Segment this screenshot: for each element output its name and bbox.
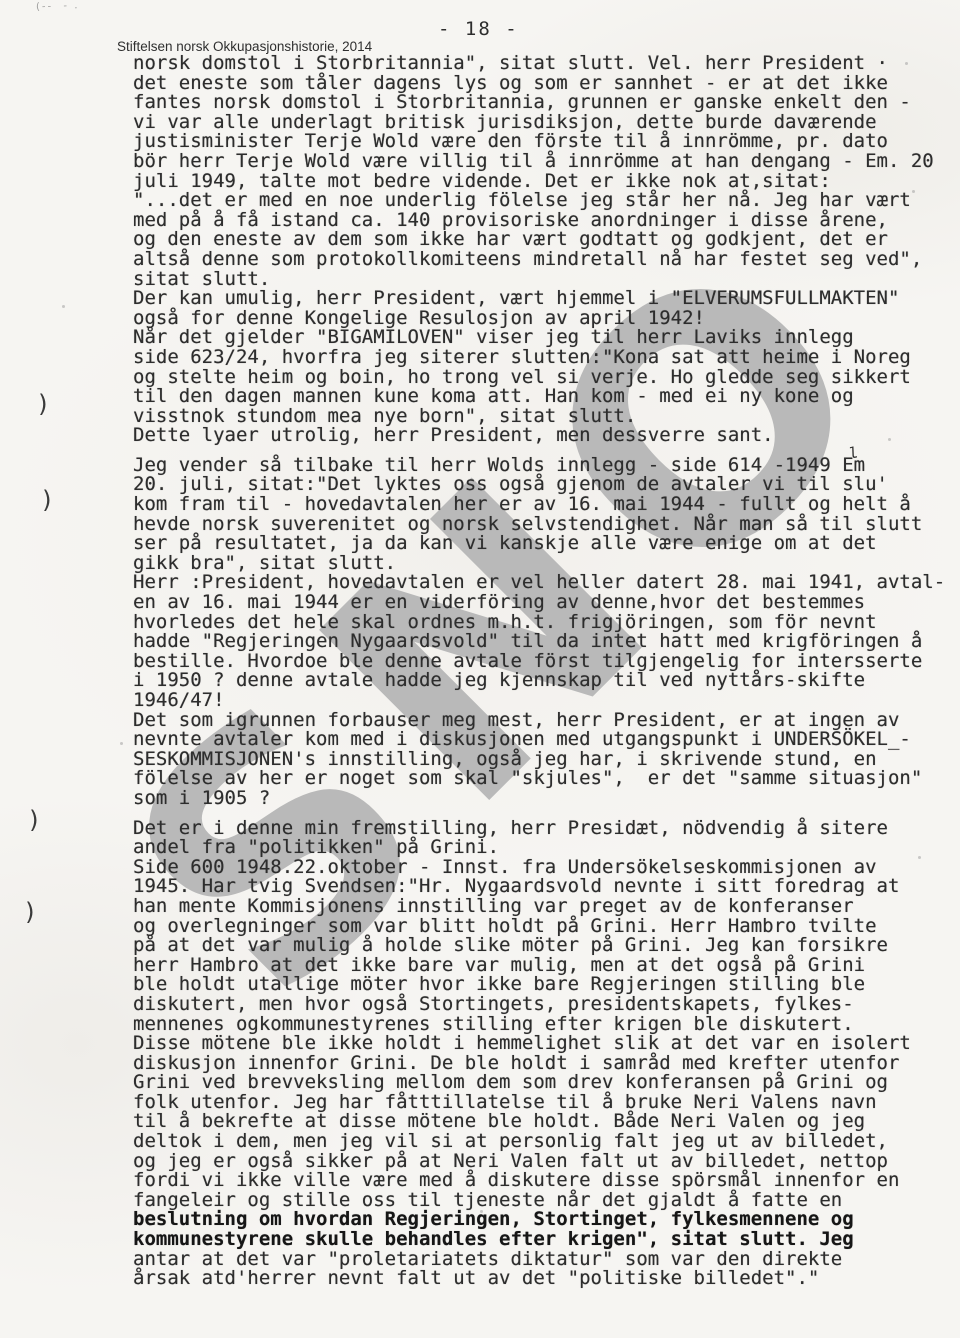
margin-paren-mark: ) bbox=[23, 900, 37, 924]
text-line: Når det gjelder "BIGAMILOVEN" viser jeg … bbox=[133, 328, 960, 348]
scanned-document-page: SNO (-- - . - 18 - Stiftelsen norsk Okku… bbox=[0, 0, 960, 1338]
text-line: "...det er med en noe underlig fölelse j… bbox=[133, 191, 960, 211]
archive-stamp-label: Stiftelsen norsk Okkupasjonshistorie, 20… bbox=[117, 39, 372, 54]
text-line: Der kan umulig, herr President, vært hje… bbox=[133, 289, 960, 309]
text-line: hadde "Regjeringen Nygaardsvold" til da … bbox=[133, 632, 960, 652]
text-line: Grini ved brevveksling mellom dem som dr… bbox=[133, 1073, 960, 1093]
text-line: ser på resultatet, ja da kan vi kanskje … bbox=[133, 534, 960, 554]
text-line: 1946/47! bbox=[133, 691, 960, 711]
text-line: en av 16. mai 1944 er en viderföring av … bbox=[133, 593, 960, 613]
text-line: fordi vi ikke ville være med å diskutere… bbox=[133, 1171, 960, 1191]
text-line: i 1950 ? denne avtale hadde jeg kjennska… bbox=[133, 671, 960, 691]
text-line: kommunestyrene skulle behandles efter kr… bbox=[133, 1230, 960, 1250]
text-line: som i 1905 ? bbox=[133, 789, 960, 809]
text-line: bör herr Terje Wold være villig til å in… bbox=[133, 152, 960, 172]
pencil-scribble-mark: (-- - . bbox=[36, 0, 80, 13]
text-line: på at det var mulig å holde slike möter … bbox=[133, 936, 960, 956]
text-line: norsk domstol i Storbritannia", sitat sl… bbox=[133, 54, 960, 74]
text-line: diskutert, men hvor også Stortingets, pr… bbox=[133, 995, 960, 1015]
text-line: ble holdt utallige möter hvor ikke bare … bbox=[133, 975, 960, 995]
page-number: - 18 - bbox=[438, 18, 519, 40]
paper-speck bbox=[62, 305, 65, 308]
text-line: kom fram til - hovedavtalen her er av 16… bbox=[133, 495, 960, 515]
text-line: fantes norsk domstol i Storbritannia, gr… bbox=[133, 93, 960, 113]
document-body: norsk domstol i Storbritannia", sitat sl… bbox=[133, 54, 960, 1289]
text-line: Disse mötene ble ikke holdt i hemmelighe… bbox=[133, 1034, 960, 1054]
margin-paren-mark: ) bbox=[27, 808, 41, 832]
text-line: Dette lyaer utrolig, herr President, men… bbox=[133, 426, 960, 446]
text-line: nevnte avtaler kom med i diskusjonen med… bbox=[133, 730, 960, 750]
text-line: og den eneste av dem som ikke har vært g… bbox=[133, 230, 960, 250]
text-line: andel fra "politikken" på Grini. bbox=[133, 838, 960, 858]
text-line: årsak atd'herrer nevnt falt ut av det "p… bbox=[133, 1269, 960, 1289]
text-line: til den dagen mannen kune koma att. Han … bbox=[133, 387, 960, 407]
margin-paren-mark: ) bbox=[36, 392, 50, 416]
text-line: altså denne som protokollkomiteens mindr… bbox=[133, 250, 960, 270]
paper-speck bbox=[120, 742, 123, 745]
text-line: deltok i dem, men jeg vil si at personli… bbox=[133, 1132, 960, 1152]
margin-paren-mark: ) bbox=[40, 488, 54, 512]
text-line: 1945. Har tvig Svendsen:"Hr. Nygaardsvol… bbox=[133, 877, 960, 897]
text-line: han mente Kommisjonens innstilling var p… bbox=[133, 897, 960, 917]
text-line: side 623/24, hvorfra jeg siterer slutten… bbox=[133, 348, 960, 368]
